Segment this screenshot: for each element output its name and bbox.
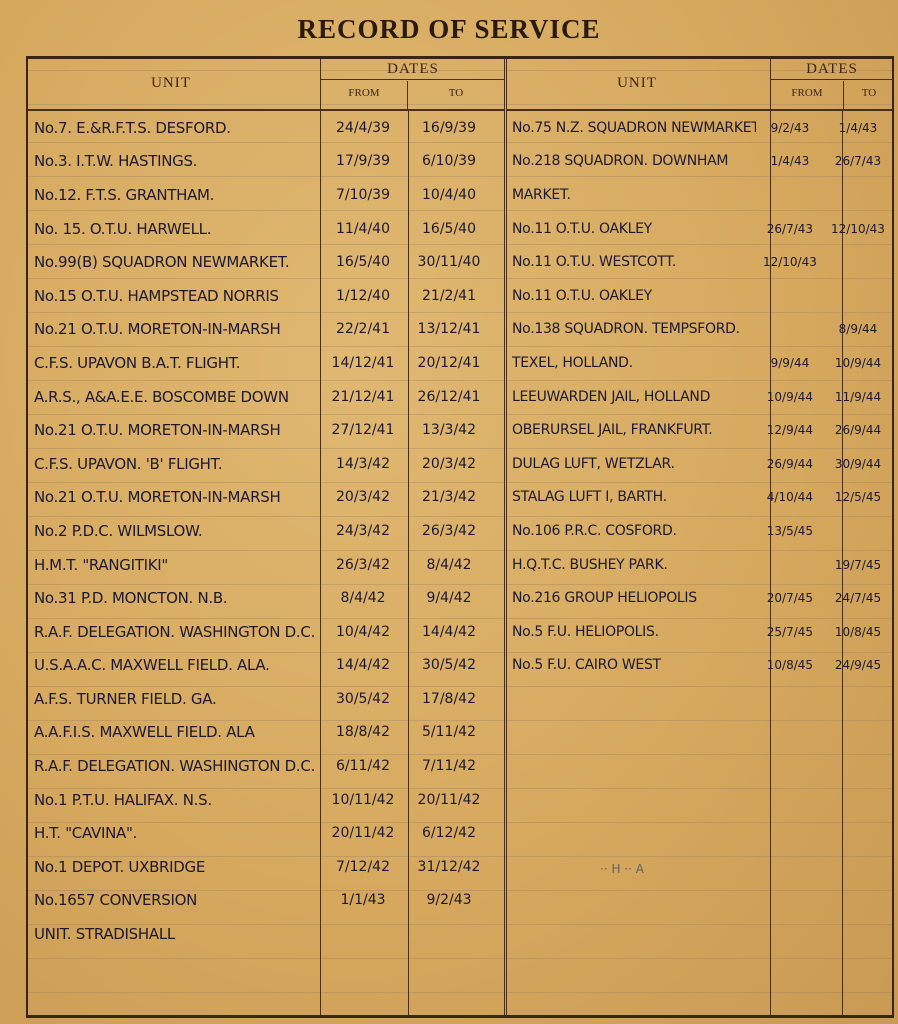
unit-cell: No.15 O.T.U. HAMPSTEAD NORRIS bbox=[28, 287, 320, 305]
unit-cell: No.21 O.T.U. MORETON-IN-MARSH bbox=[28, 320, 320, 338]
to-date-cell: 21/3/42 bbox=[406, 489, 492, 505]
table-row: No.2 P.D.C. WILMSLOW.24/3/4226/3/42 bbox=[28, 514, 504, 548]
from-date-cell: 30/5/42 bbox=[320, 691, 406, 707]
to-date-cell: 10/8/45 bbox=[824, 625, 892, 639]
from-date-cell: 9/2/43 bbox=[756, 121, 824, 135]
table-row: No.11 O.T.U. OAKLEY bbox=[506, 279, 892, 313]
unit-cell: No.218 SQUADRON. DOWNHAM bbox=[506, 153, 756, 169]
from-date-cell: 14/4/42 bbox=[320, 657, 406, 673]
to-date-cell: 26/7/43 bbox=[824, 154, 892, 168]
unit-cell: LEEUWARDEN JAIL, HOLLAND bbox=[506, 389, 756, 405]
table-row: No.99(B) SQUADRON NEWMARKET.16/5/4030/11… bbox=[28, 245, 504, 279]
unit-cell: No.1 P.T.U. HALIFAX. N.S. bbox=[28, 791, 320, 809]
table-row: No.218 SQUADRON. DOWNHAM1/4/4326/7/43 bbox=[506, 145, 892, 179]
dates-header: DATES FROM TO bbox=[320, 59, 505, 109]
unit-cell: H.T. "CAVINA". bbox=[28, 824, 320, 842]
service-record-table: UNIT DATES FROM TO No.7. E.&R.F.T.S. DES… bbox=[26, 56, 894, 1018]
table-row: UNIT. STRADISHALL bbox=[28, 917, 504, 951]
unit-cell: No. 15. O.T.U. HARWELL. bbox=[28, 220, 320, 238]
to-date-cell: 5/11/42 bbox=[406, 724, 492, 740]
unit-cell: No.3. I.T.W. HASTINGS. bbox=[28, 152, 320, 170]
unit-cell: No.5 F.U. HELIOPOLIS. bbox=[506, 624, 756, 640]
table-row: No.21 O.T.U. MORETON-IN-MARSH22/2/4113/1… bbox=[28, 313, 504, 347]
from-date-cell: 9/9/44 bbox=[756, 356, 824, 370]
unit-cell: MARKET. bbox=[506, 187, 756, 203]
table-row: H.T. "CAVINA".20/11/426/12/42 bbox=[28, 816, 504, 850]
to-date-cell: 6/10/39 bbox=[406, 153, 492, 169]
to-date-cell: 16/5/40 bbox=[406, 221, 492, 237]
table-row: OBERÜRSEL JAIL, FRANKFURT.12/9/4426/9/44 bbox=[506, 413, 892, 447]
from-date-cell: 1/4/43 bbox=[756, 154, 824, 168]
table-row: R.A.F. DELEGATION. WASHINGTON D.C.10/4/4… bbox=[28, 615, 504, 649]
table-row: No.21 O.T.U. MORETON-IN-MARSH27/12/4113/… bbox=[28, 413, 504, 447]
to-date-cell: 7/11/42 bbox=[406, 758, 492, 774]
to-date-cell: 26/9/44 bbox=[824, 423, 892, 437]
unit-cell: R.A.F. DELEGATION. WASHINGTON D.C. bbox=[28, 623, 320, 641]
table-row: No.1 DEPOT. UXBRIDGE7/12/4231/12/42 bbox=[28, 850, 504, 884]
unit-cell: No.31 P.D. MONCTON. N.B. bbox=[28, 589, 320, 607]
to-date-cell: 26/3/42 bbox=[406, 523, 492, 539]
from-date-cell: 7/10/39 bbox=[320, 187, 406, 203]
unit-cell: No.106 P.R.C. COSFORD. bbox=[506, 523, 756, 539]
from-header: FROM bbox=[771, 81, 843, 109]
to-date-cell: 31/12/42 bbox=[406, 859, 492, 875]
table-row: No.1 P.T.U. HALIFAX. N.S.10/11/4220/11/4… bbox=[28, 783, 504, 817]
to-date-cell: 30/11/40 bbox=[406, 254, 492, 270]
left-header: UNIT DATES FROM TO bbox=[28, 59, 504, 111]
from-date-cell: 18/8/42 bbox=[320, 724, 406, 740]
table-row: TEXEL, HOLLAND.9/9/4410/9/44 bbox=[506, 346, 892, 380]
to-date-cell: 20/12/41 bbox=[406, 355, 492, 371]
table-row: MARKET. bbox=[506, 178, 892, 212]
right-table: UNIT DATES FROM TO No.75 N.Z. SQUADRON N… bbox=[506, 59, 892, 1015]
unit-cell: A.R.S., A&A.E.E. BOSCOMBE DOWN bbox=[28, 388, 320, 406]
to-date-cell: 9/2/43 bbox=[406, 892, 492, 908]
table-row: U.S.A.A.C. MAXWELL FIELD. ALA.14/4/4230/… bbox=[28, 649, 504, 683]
unit-cell: C.F.S. UPAVON B.A.T. FLIGHT. bbox=[28, 354, 320, 372]
to-date-cell: 8/9/44 bbox=[824, 322, 892, 336]
table-row: No.7. E.&R.F.T.S. DESFORD.24/4/3916/9/39 bbox=[28, 111, 504, 145]
unit-cell: TEXEL, HOLLAND. bbox=[506, 355, 756, 371]
unit-header: UNIT bbox=[28, 59, 314, 109]
from-date-cell: 25/7/45 bbox=[756, 625, 824, 639]
unit-cell: No.99(B) SQUADRON NEWMARKET. bbox=[28, 253, 320, 271]
from-date-cell: 20/3/42 bbox=[320, 489, 406, 505]
to-date-cell: 14/4/42 bbox=[406, 624, 492, 640]
to-date-cell: 19/7/45 bbox=[824, 558, 892, 572]
table-row: H.Q.T.C. BUSHEY PARK.19/7/45 bbox=[506, 548, 892, 582]
from-date-cell: 10/11/42 bbox=[320, 792, 406, 808]
to-date-cell: 17/8/42 bbox=[406, 691, 492, 707]
table-row: No.138 SQUADRON. TEMPSFORD.8/9/44 bbox=[506, 313, 892, 347]
unit-cell: No.1 DEPOT. UXBRIDGE bbox=[28, 858, 320, 876]
table-row: No. 15. O.T.U. HARWELL.11/4/4016/5/40 bbox=[28, 212, 504, 246]
unit-cell: A.A.F.I.S. MAXWELL FIELD. ALA bbox=[28, 723, 320, 741]
to-date-cell: 16/9/39 bbox=[406, 120, 492, 136]
unit-cell: No.11 O.T.U. OAKLEY bbox=[506, 288, 756, 304]
ink-smudge: ·· H ·· A bbox=[600, 862, 644, 876]
unit-cell: No.7. E.&R.F.T.S. DESFORD. bbox=[28, 119, 320, 137]
to-date-cell: 21/2/41 bbox=[406, 288, 492, 304]
table-row: No.106 P.R.C. COSFORD.13/5/45 bbox=[506, 514, 892, 548]
to-header: TO bbox=[407, 81, 504, 109]
to-date-cell: 9/4/42 bbox=[406, 590, 492, 606]
from-header: FROM bbox=[321, 81, 407, 109]
from-date-cell: 24/3/42 bbox=[320, 523, 406, 539]
from-date-cell: 1/12/40 bbox=[320, 288, 406, 304]
unit-cell: No.75 N.Z. SQUADRON NEWMARKET. bbox=[506, 120, 756, 136]
unit-cell: UNIT. STRADISHALL bbox=[28, 925, 320, 943]
unit-cell: No.21 O.T.U. MORETON-IN-MARSH bbox=[28, 421, 320, 439]
from-date-cell: 24/4/39 bbox=[320, 120, 406, 136]
table-row: No.5 F.U. HELIOPOLIS.25/7/4510/8/45 bbox=[506, 615, 892, 649]
unit-cell: No.5 F.U. CAIRO WEST bbox=[506, 657, 756, 673]
right-rows: No.75 N.Z. SQUADRON NEWMARKET.9/2/431/4/… bbox=[506, 111, 892, 682]
from-date-cell: 17/9/39 bbox=[320, 153, 406, 169]
unit-cell: No.2 P.D.C. WILMSLOW. bbox=[28, 522, 320, 540]
to-date-cell: 6/12/42 bbox=[406, 825, 492, 841]
table-row: A.A.F.I.S. MAXWELL FIELD. ALA18/8/425/11… bbox=[28, 716, 504, 750]
unit-cell: No.1657 CONVERSION bbox=[28, 891, 320, 909]
from-date-cell: 1/1/43 bbox=[320, 892, 406, 908]
table-row: C.F.S. UPAVON B.A.T. FLIGHT.14/12/4120/1… bbox=[28, 346, 504, 380]
table-row: No.1657 CONVERSION1/1/439/2/43 bbox=[28, 884, 504, 918]
to-date-cell: 8/4/42 bbox=[406, 557, 492, 573]
to-date-cell: 13/12/41 bbox=[406, 321, 492, 337]
from-date-cell: 12/10/43 bbox=[756, 255, 824, 269]
table-row: C.F.S. UPAVON. 'B' FLIGHT.14/3/4220/3/42 bbox=[28, 447, 504, 481]
table-row: No.15 O.T.U. HAMPSTEAD NORRIS1/12/4021/2… bbox=[28, 279, 504, 313]
unit-cell: H.M.T. "RANGITIKI" bbox=[28, 556, 320, 574]
table-row: No.11 O.T.U. WESTCOTT.12/10/43 bbox=[506, 245, 892, 279]
to-date-cell: 12/5/45 bbox=[824, 490, 892, 504]
to-date-cell: 20/3/42 bbox=[406, 456, 492, 472]
page-title: RECORD OF SERVICE bbox=[0, 14, 898, 45]
table-row: LEEUWARDEN JAIL, HOLLAND10/9/4411/9/44 bbox=[506, 380, 892, 414]
from-date-cell: 20/11/42 bbox=[320, 825, 406, 841]
from-date-cell: 8/4/42 bbox=[320, 590, 406, 606]
from-date-cell: 4/10/44 bbox=[756, 490, 824, 504]
to-date-cell: 24/9/45 bbox=[824, 658, 892, 672]
from-date-cell: 12/9/44 bbox=[756, 423, 824, 437]
to-date-cell: 10/9/44 bbox=[824, 356, 892, 370]
left-table: UNIT DATES FROM TO No.7. E.&R.F.T.S. DES… bbox=[28, 59, 507, 1015]
table-row: STALAG LUFT I, BARTH.4/10/4412/5/45 bbox=[506, 481, 892, 515]
from-date-cell: 20/7/45 bbox=[756, 591, 824, 605]
from-date-cell: 22/2/41 bbox=[320, 321, 406, 337]
table-row: No.21 O.T.U. MORETON-IN-MARSH20/3/4221/3… bbox=[28, 481, 504, 515]
to-date-cell: 13/3/42 bbox=[406, 422, 492, 438]
unit-cell: U.S.A.A.C. MAXWELL FIELD. ALA. bbox=[28, 656, 320, 674]
unit-cell: DULAG LUFT, WETZLAR. bbox=[506, 456, 756, 472]
unit-cell: No.138 SQUADRON. TEMPSFORD. bbox=[506, 321, 756, 337]
to-date-cell: 24/7/45 bbox=[824, 591, 892, 605]
to-date-cell: 11/9/44 bbox=[824, 390, 892, 404]
dates-header: DATES FROM TO bbox=[770, 59, 893, 109]
from-date-cell: 11/4/40 bbox=[320, 221, 406, 237]
from-date-cell: 14/3/42 bbox=[320, 456, 406, 472]
from-date-cell: 14/12/41 bbox=[320, 355, 406, 371]
from-date-cell: 7/12/42 bbox=[320, 859, 406, 875]
table-row: No.31 P.D. MONCTON. N.B.8/4/429/4/42 bbox=[28, 581, 504, 615]
to-date-cell: 1/4/43 bbox=[824, 121, 892, 135]
unit-cell: No.216 GROUP HELIOPOLIS bbox=[506, 590, 756, 606]
to-date-cell: 30/9/44 bbox=[824, 457, 892, 471]
from-date-cell: 21/12/41 bbox=[320, 389, 406, 405]
from-date-cell: 16/5/40 bbox=[320, 254, 406, 270]
table-row: No.5 F.U. CAIRO WEST10/8/4524/9/45 bbox=[506, 649, 892, 683]
unit-cell: No.11 O.T.U. WESTCOTT. bbox=[506, 254, 756, 270]
unit-header: UNIT bbox=[506, 59, 768, 109]
to-date-cell: 20/11/42 bbox=[406, 792, 492, 808]
from-date-cell: 10/8/45 bbox=[756, 658, 824, 672]
from-date-cell: 27/12/41 bbox=[320, 422, 406, 438]
from-date-cell: 10/4/42 bbox=[320, 624, 406, 640]
to-header: TO bbox=[843, 81, 894, 109]
unit-cell: OBERÜRSEL JAIL, FRANKFURT. bbox=[506, 422, 756, 438]
left-rows: No.7. E.&R.F.T.S. DESFORD.24/4/3916/9/39… bbox=[28, 111, 504, 951]
unit-cell: H.Q.T.C. BUSHEY PARK. bbox=[506, 557, 756, 573]
table-row: DULAG LUFT, WETZLAR.26/9/4430/9/44 bbox=[506, 447, 892, 481]
to-date-cell: 12/10/43 bbox=[824, 222, 892, 236]
unit-cell: No.12. F.T.S. GRANTHAM. bbox=[28, 186, 320, 204]
unit-cell: C.F.S. UPAVON. 'B' FLIGHT. bbox=[28, 455, 320, 473]
from-date-cell: 26/9/44 bbox=[756, 457, 824, 471]
unit-cell: No.11 O.T.U. OAKLEY bbox=[506, 221, 756, 237]
unit-cell: STALAG LUFT I, BARTH. bbox=[506, 489, 756, 505]
unit-cell: R.A.F. DELEGATION. WASHINGTON D.C. bbox=[28, 757, 320, 775]
table-row: R.A.F. DELEGATION. WASHINGTON D.C.6/11/4… bbox=[28, 749, 504, 783]
to-date-cell: 26/12/41 bbox=[406, 389, 492, 405]
table-row: No.216 GROUP HELIOPOLIS20/7/4524/7/45 bbox=[506, 581, 892, 615]
table-row: A.R.S., A&A.E.E. BOSCOMBE DOWN21/12/4126… bbox=[28, 380, 504, 414]
table-row: A.F.S. TURNER FIELD. GA.30/5/4217/8/42 bbox=[28, 682, 504, 716]
table-row: No.75 N.Z. SQUADRON NEWMARKET.9/2/431/4/… bbox=[506, 111, 892, 145]
to-date-cell: 10/4/40 bbox=[406, 187, 492, 203]
right-header: UNIT DATES FROM TO bbox=[506, 59, 892, 111]
table-row: No.11 O.T.U. OAKLEY26/7/4312/10/43 bbox=[506, 212, 892, 246]
unit-cell: A.F.S. TURNER FIELD. GA. bbox=[28, 690, 320, 708]
from-date-cell: 10/9/44 bbox=[756, 390, 824, 404]
table-row: H.M.T. "RANGITIKI"26/3/428/4/42 bbox=[28, 548, 504, 582]
from-date-cell: 26/7/43 bbox=[756, 222, 824, 236]
to-date-cell: 30/5/42 bbox=[406, 657, 492, 673]
from-date-cell: 26/3/42 bbox=[320, 557, 406, 573]
from-date-cell: 13/5/45 bbox=[756, 524, 824, 538]
table-row: No.3. I.T.W. HASTINGS.17/9/396/10/39 bbox=[28, 145, 504, 179]
table-row: No.12. F.T.S. GRANTHAM.7/10/3910/4/40 bbox=[28, 178, 504, 212]
from-date-cell: 6/11/42 bbox=[320, 758, 406, 774]
unit-cell: No.21 O.T.U. MORETON-IN-MARSH bbox=[28, 488, 320, 506]
